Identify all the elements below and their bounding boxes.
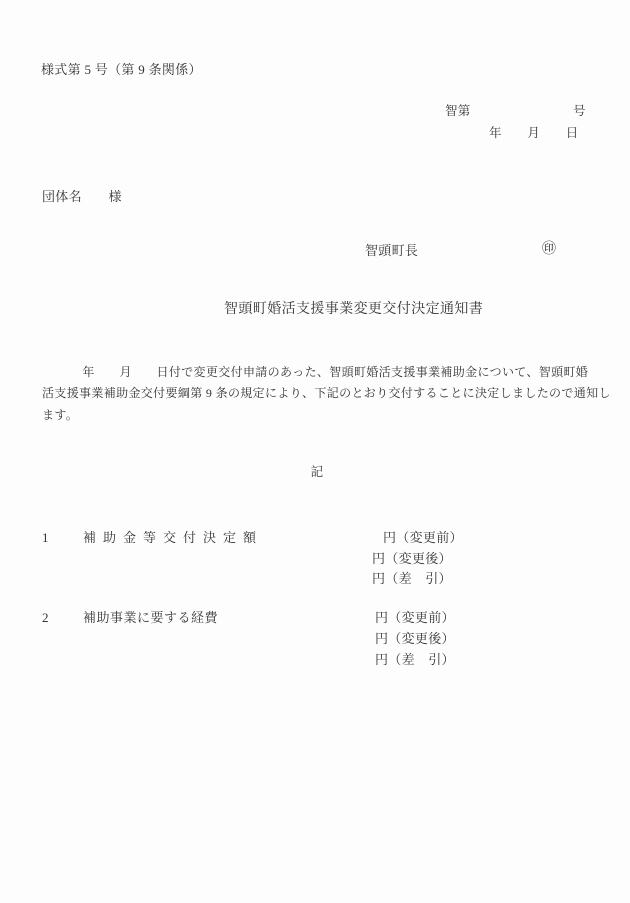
body-paragraph-line: 活支援事業補助金交付要綱第 9 条の規定により、下記のとおり交付することに決定し… <box>42 387 611 399</box>
item-2-amount-row-before: 円（変更前） <box>375 611 455 624</box>
seal-icon: ㊞ <box>542 243 556 257</box>
body-paragraph-line: ます。 <box>42 409 78 421</box>
item-1-amount-row-after: 円（変更後） <box>372 552 452 565</box>
item-2-label: 補助事業に要する経費 <box>83 611 218 624</box>
issue-date-line: 年 月 日 <box>489 127 579 140</box>
form-number: 様式第 5 号（第 9 条関係） <box>41 63 202 76</box>
notification-document-page: 様式第 5 号（第 9 条関係） 智第 号 年 月 日 団体名 様 智頭町長 ㊞… <box>0 0 630 903</box>
addressee-line: 団体名 様 <box>42 190 122 203</box>
doc-number-line: 智第 号 <box>445 105 586 118</box>
item-1-amount-row-before: 円（変更前） <box>383 531 463 544</box>
sender-name: 智頭町長 <box>365 244 418 257</box>
item-2-amount-row-after: 円（変更後） <box>375 632 455 645</box>
item-2-amount-row-difference: 円（差 引） <box>375 653 455 666</box>
item-1-label: 補助金等交付決定額 <box>83 531 263 544</box>
document-title: 智頭町婚活支援事業変更交付決定通知書 <box>224 303 483 317</box>
item-1-number: 1 <box>42 531 49 544</box>
body-paragraph-line: 年 月 日付で変更交付申請のあった、智頭町婚活支援事業補助金について、智頭町婚 <box>42 366 588 378</box>
ki-separator-label: 記 <box>0 466 630 479</box>
item-1-amount-row-difference: 円（差 引） <box>372 572 452 585</box>
item-2-number: 2 <box>42 611 49 624</box>
